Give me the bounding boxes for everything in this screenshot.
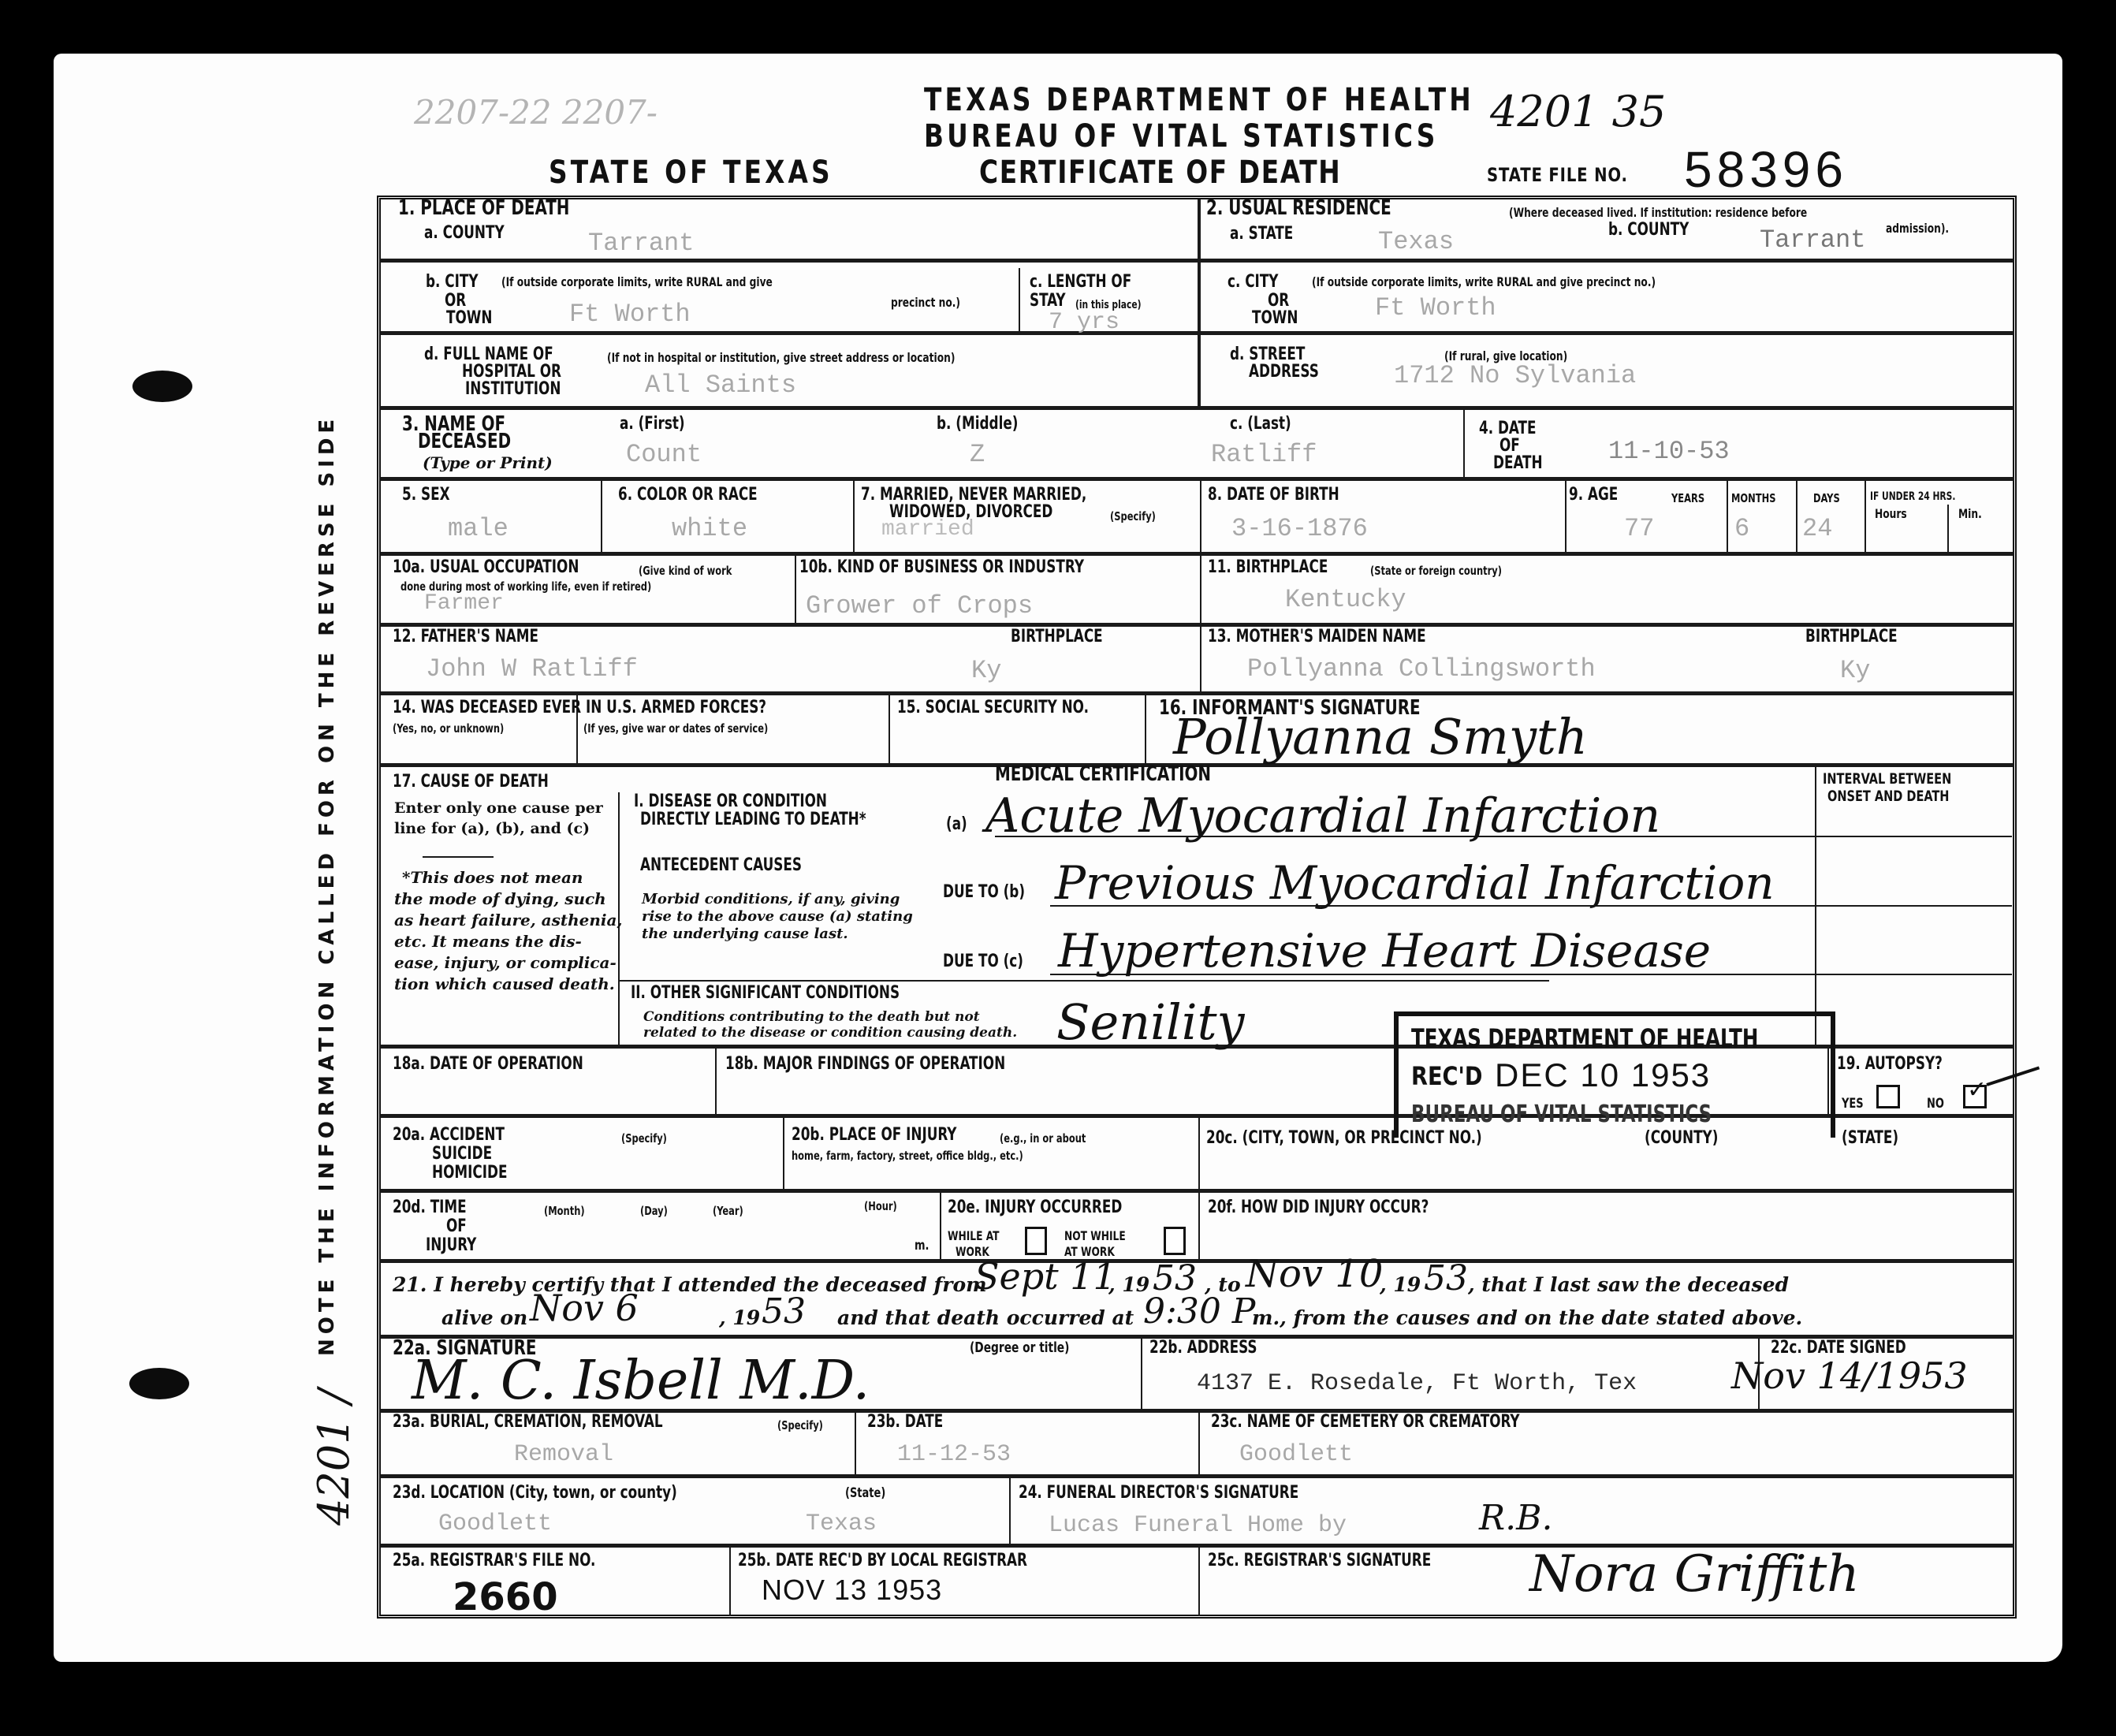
punch-hole-top — [132, 371, 192, 402]
age-days-value: 24 — [1802, 514, 1832, 543]
time-of-injury-injury: INJURY — [426, 1236, 476, 1255]
armed-forces-hint-2: (If yes, give war or dates of service) — [583, 719, 768, 738]
place-of-injury-hint: (e.g., in or about — [1000, 1129, 1086, 1148]
place-of-injury-hint-2: home, farm, factory, street, office bldg… — [792, 1146, 1023, 1165]
stamp-recd: REC'D — [1411, 1063, 1482, 1090]
days-label: DAYS — [1813, 489, 1840, 508]
sex-value: male — [448, 514, 509, 543]
birthplace-value: Kentucky — [1285, 585, 1406, 614]
residence-state-value: Texas — [1378, 227, 1454, 256]
death-city-hint: (If outside corporate limits, write RURA… — [501, 273, 773, 292]
birthplace-hint: (State or foreign country) — [1370, 561, 1502, 580]
min-label: Min. — [1958, 505, 1982, 523]
pencil-note-top-right: 4201 35 — [1490, 87, 1666, 136]
last-name-label: c. (Last) — [1230, 415, 1291, 434]
physician-address-label: 22b. ADDRESS — [1149, 1339, 1257, 1358]
punch-hole-bottom — [129, 1368, 189, 1399]
father-name-label: 12. FATHER'S NAME — [393, 628, 538, 646]
race-value: white — [672, 514, 747, 543]
accident-label: 20a. ACCIDENT — [393, 1126, 505, 1145]
part1-label-2: DIRECTLY LEADING TO DEATH* — [640, 810, 866, 829]
injury-city-label: 20c. (CITY, TOWN, OR PRECINCT NO.) — [1206, 1129, 1482, 1148]
registrar-file-label: 25a. REGISTRAR'S FILE NO. — [393, 1552, 595, 1570]
page-title: CERTIFICATE OF DEATH — [979, 155, 1341, 191]
to-year-prefix: , 19 — [1380, 1274, 1421, 1295]
burial-type-label: 23a. BURIAL, CREMATION, REMOVAL — [393, 1413, 663, 1432]
alive-on-label: alive on — [441, 1307, 527, 1328]
place-of-death-label: 1. PLACE OF DEATH — [398, 199, 569, 218]
burial-state-label: (State) — [845, 1484, 885, 1503]
year-label: (Year) — [713, 1201, 743, 1220]
armed-forces-label: 14. WAS DECEASED EVER IN U.S. ARMED FORC… — [393, 698, 766, 717]
checkmark-icon: ✓ — [1967, 1076, 1987, 1104]
homicide-label: HOMICIDE — [432, 1164, 507, 1183]
age-months-value: 6 — [1734, 514, 1749, 543]
state-heading: STATE OF TEXAS — [549, 155, 833, 191]
other-conditions-value: Senility — [1056, 993, 1245, 1051]
mother-birthplace-value: Ky — [1840, 656, 1870, 685]
hours-label: Hours — [1875, 505, 1907, 523]
death-city-label: b. CITY — [426, 273, 479, 292]
to-year-value: 53 — [1424, 1258, 1468, 1298]
length-of-stay-value: 7 yrs — [1049, 309, 1119, 336]
margin-note: 4201 / — [309, 1389, 359, 1526]
funeral-home-value: Lucas Funeral Home by — [1049, 1512, 1347, 1539]
informant-signature: Pollyanna Smyth — [1173, 708, 1588, 766]
stamp-date: DEC 10 1953 — [1495, 1056, 1711, 1094]
hour-label: (Hour) — [864, 1197, 897, 1216]
attended-from-date: Sept 11 — [974, 1255, 1116, 1298]
injury-state-label: (STATE) — [1842, 1129, 1898, 1148]
residence-county-label: b. COUNTY — [1608, 221, 1689, 240]
mother-birthplace-label: BIRTHPLACE — [1805, 628, 1898, 646]
degree-label: (Degree or title) — [970, 1339, 1069, 1358]
day-label: (Day) — [640, 1201, 668, 1220]
cause-c-value: Hypertensive Heart Disease — [1058, 924, 1711, 978]
operation-date-label: 18a. DATE OF OPERATION — [393, 1055, 583, 1074]
death-city-hint-2: precinct no.) — [891, 293, 960, 312]
part1-label: I. DISEASE OR CONDITION — [634, 792, 827, 811]
burial-location-value: Goodlett — [438, 1511, 552, 1537]
injury-county-label: (COUNTY) — [1645, 1129, 1718, 1148]
occupation-hint: (Give kind of work — [639, 561, 732, 580]
death-time-value: 9:30 P — [1143, 1291, 1255, 1332]
length-of-stay-label: c. LENGTH OF — [1030, 273, 1131, 292]
due-to-c-label: DUE TO (c) — [943, 952, 1023, 971]
cause-hint: Enter only one cause per — [394, 798, 603, 819]
cause-hint-2: line for (a), (b), and (c) — [394, 818, 590, 840]
age-label: 9. AGE — [1569, 486, 1618, 505]
autopsy-no-checkbox[interactable]: ✓ — [1963, 1085, 1987, 1108]
months-label: MONTHS — [1731, 489, 1775, 508]
certify-text-2: , that I last saw the deceased — [1468, 1274, 1789, 1295]
street-value: 1712 No Sylvania — [1394, 361, 1636, 390]
time-of-injury-label: 20d. TIME — [393, 1198, 467, 1217]
birthplace-label: 11. BIRTHPLACE — [1208, 558, 1328, 577]
autopsy-no-label: NO — [1927, 1094, 1944, 1113]
cemetery-value: Goodlett — [1239, 1441, 1353, 1468]
father-birthplace-value: Ky — [971, 656, 1001, 685]
age-years-value: 77 — [1624, 514, 1654, 543]
bureau-heading: BUREAU OF VITAL STATISTICS — [924, 118, 1439, 155]
interval-label: INTERVAL BETWEEN — [1823, 769, 1951, 788]
residence-city-label: c. CITY — [1228, 273, 1278, 292]
registrar-signature-label: 25c. REGISTRAR'S SIGNATURE — [1208, 1552, 1431, 1570]
registrar-signature: Nora Griffith — [1529, 1545, 1860, 1604]
m-label: m. — [915, 1236, 929, 1255]
operation-findings-label: 18b. MAJOR FINDINGS OF OPERATION — [725, 1055, 1005, 1074]
due-to-b-label: DUE TO (b) — [943, 883, 1025, 902]
middle-name-value: Z — [970, 440, 985, 469]
part2-label: II. OTHER SIGNIFICANT CONDITIONS — [631, 984, 900, 1003]
usual-residence-hint-2: admission). — [1886, 219, 1949, 238]
funeral-director-label: 24. FUNERAL DIRECTOR'S SIGNATURE — [1019, 1484, 1298, 1503]
residence-city-hint: (If outside corporate limits, write RURA… — [1312, 273, 1656, 292]
death-city-town: TOWN — [446, 309, 492, 328]
armed-forces-hint: (Yes, no, or unknown) — [393, 719, 504, 738]
father-birthplace-label: BIRTHPLACE — [1011, 628, 1103, 646]
attended-to-date: Nov 10 — [1246, 1252, 1383, 1296]
burial-date-value: 11-12-53 — [897, 1441, 1011, 1468]
alive-year-value: 53 — [762, 1291, 806, 1332]
length-of-stay-label-2: STAY — [1030, 292, 1066, 311]
antecedent-label: ANTECEDENT CAUSES — [640, 856, 802, 875]
not-while-at-work-checkbox[interactable] — [1164, 1227, 1186, 1255]
reverse-side-note: NOTE THE INFORMATION CALLED FOR ON THE R… — [315, 415, 339, 1356]
date-of-death-label-3: DEATH — [1493, 454, 1543, 473]
registrar-file-number: 2660 — [453, 1575, 558, 1619]
cause-b-value: Previous Myocardial Infarction — [1055, 856, 1775, 910]
residence-city-town: TOWN — [1252, 309, 1298, 328]
accident-specify: (Specify) — [621, 1129, 667, 1148]
autopsy-yes-label: YES — [1842, 1094, 1864, 1113]
sex-label: 5. SEX — [402, 486, 450, 505]
cause-of-death-label: 17. CAUSE OF DEATH — [393, 773, 549, 792]
autopsy-yes-checkbox[interactable] — [1876, 1085, 1900, 1108]
physician-signature: M. C. Isbell M.D. — [412, 1350, 870, 1412]
medical-certification-heading: MEDICAL CERTIFICATION — [995, 765, 1211, 784]
cause-a-value: Acute Myocardial Infarction — [985, 788, 1660, 844]
dob-value: 3-16-1876 — [1231, 514, 1368, 543]
while-at-work-checkbox[interactable] — [1025, 1227, 1047, 1255]
hospital-value: All Saints — [645, 371, 796, 400]
death-county-value: Tarrant — [588, 229, 694, 258]
stamp-line-3: BUREAU OF VITAL STATISTICS — [1411, 1102, 1712, 1127]
certify-text-4: m., from the causes and on the date stat… — [1252, 1307, 1802, 1328]
date-signed-value: Nov 14/1953 — [1731, 1354, 1968, 1397]
alive-on-date: Nov 6 — [530, 1287, 639, 1329]
business-value: Grower of Crops — [806, 591, 1033, 620]
how-injury-label: 20f. HOW DID INJURY OCCUR? — [1208, 1198, 1429, 1217]
first-name-label: a. (First) — [620, 415, 685, 434]
burial-type-value: Removal — [514, 1441, 613, 1468]
month-label: (Month) — [544, 1201, 585, 1220]
usual-residence-label: 2. USUAL RESIDENCE — [1206, 199, 1391, 218]
place-of-injury-label: 20b. PLACE OF INJURY — [792, 1126, 956, 1145]
residence-county-value: Tarrant — [1760, 225, 1865, 255]
hospital-label-3: INSTITUTION — [465, 380, 561, 399]
last-name-value: Ratliff — [1211, 440, 1317, 469]
pencil-note-top-left: 2207-22 2207- — [414, 93, 658, 132]
first-name-value: Count — [626, 440, 702, 469]
occupation-label: 10a. USUAL OCCUPATION — [393, 558, 579, 577]
street-label-2: ADDRESS — [1249, 363, 1319, 382]
stamp-line-1: TEXAS DEPARTMENT OF HEALTH — [1411, 1025, 1758, 1052]
interval-label-2: ONSET AND DEATH — [1827, 787, 1949, 806]
name-hint: (Type or Print) — [423, 453, 553, 474]
state-file-label: STATE FILE NO. — [1487, 164, 1628, 186]
time-of-injury-of: OF — [446, 1217, 467, 1236]
autopsy-label: 19. AUTOPSY? — [1837, 1055, 1943, 1074]
registrar-date-value: NOV 13 1953 — [762, 1574, 942, 1607]
middle-name-label: b. (Middle) — [937, 415, 1018, 434]
registrar-date-label: 25b. DATE REC'D BY LOCAL REGISTRAR — [738, 1552, 1027, 1570]
cemetery-label: 23c. NAME OF CEMETERY OR CREMATORY — [1211, 1413, 1520, 1432]
name-label-2: DECEASED — [418, 432, 511, 451]
hospital-hint: (If not in hospital or institution, give… — [607, 348, 955, 367]
line-a-marker: (a) — [946, 815, 967, 834]
death-city-value: Ft Worth — [569, 300, 691, 329]
mother-name-label: 13. MOTHER'S MAIDEN NAME — [1208, 628, 1426, 646]
years-label: YEARS — [1671, 489, 1704, 508]
residence-city-value: Ft Worth — [1375, 293, 1496, 322]
burial-type-hint: (Specify) — [777, 1416, 823, 1435]
death-county-label: a. COUNTY — [424, 224, 505, 243]
certify-text-1: 21. I hereby certify that I attended the… — [393, 1274, 987, 1295]
residence-state-label: a. STATE — [1230, 225, 1293, 244]
department-heading: TEXAS DEPARTMENT OF HEALTH — [924, 82, 1474, 118]
state-file-number: 58396 — [1684, 140, 1848, 199]
race-label: 6. COLOR OR RACE — [618, 486, 758, 505]
under-24-label: IF UNDER 24 HRS. — [1870, 487, 1955, 506]
dob-label: 8. DATE OF BIRTH — [1208, 486, 1339, 505]
mother-name-value: Pollyanna Collingsworth — [1247, 654, 1596, 684]
father-name-value: John W Ratliff — [426, 654, 638, 684]
burial-state-value: Texas — [806, 1511, 877, 1537]
suicide-label: SUICIDE — [432, 1145, 492, 1164]
occupation-value: Farmer — [424, 591, 504, 616]
marital-value: married — [881, 517, 974, 542]
date-of-death-value: 11-10-53 — [1608, 437, 1730, 466]
business-label: 10b. KIND OF BUSINESS OR INDUSTRY — [799, 558, 1084, 577]
physician-address-value: 4137 E. Rosedale, Ft Worth, Tex — [1197, 1370, 1637, 1397]
funeral-director-signature: R.B. — [1479, 1498, 1552, 1538]
injury-occurred-label: 20e. INJURY OCCURRED — [948, 1198, 1122, 1217]
burial-location-label: 23d. LOCATION (City, town, or county) — [393, 1484, 677, 1503]
marital-hint: (Specify) — [1110, 507, 1156, 526]
certify-text-3: and that death occurred at — [837, 1307, 1134, 1328]
alive-year-prefix: , 19 — [719, 1307, 760, 1328]
ssn-label: 15. SOCIAL SECURITY NO. — [897, 698, 1089, 717]
burial-date-label: 23b. DATE — [867, 1413, 943, 1432]
